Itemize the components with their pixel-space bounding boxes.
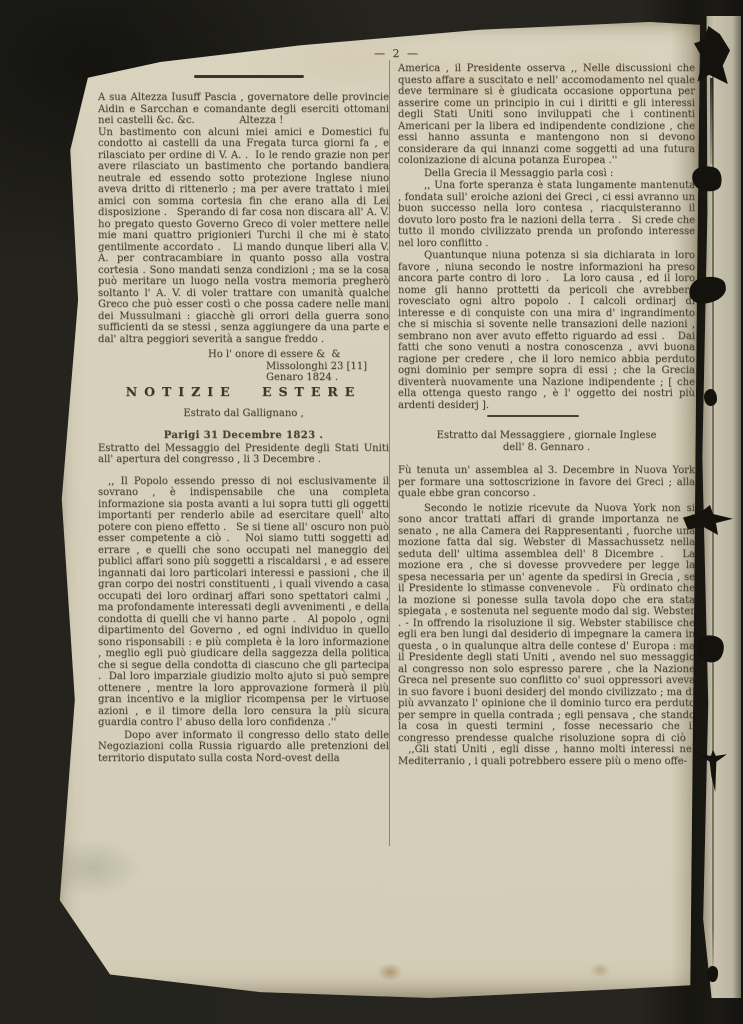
- greece-hope-paragraph: ,, Una forte speranza è stata lungamente…: [398, 180, 695, 249]
- newspaper-page: — 2 — A sua Altezza Iusuff Pascia , gove…: [52, 20, 704, 998]
- messaggiere-section-header: Estratto dal Messaggiere , giornale Ingl…: [398, 430, 695, 453]
- stitch-ink-mark: [704, 389, 717, 406]
- america-paragraph: America , il Presidente osserva ,, Nelle…: [398, 63, 695, 167]
- left-column: A sua Altezza Iusuff Pascia , governator…: [98, 92, 389, 764]
- message-subheading: Estratto del Messaggio del Presidente de…: [98, 443, 389, 466]
- greece-intro-line: Della Grecia il Messaggio parla così :: [398, 168, 695, 180]
- greece-power-paragraph: Quantunque niuna potenza si sia dichiara…: [398, 250, 695, 411]
- adjacent-page-edge: [699, 16, 741, 998]
- stitch-ink-mark: [707, 966, 718, 982]
- negotiations-paragraph: Dopo aver informato il congresso dello s…: [98, 730, 389, 765]
- right-column: America , il Presidente osserva ,, Nelle…: [398, 63, 695, 767]
- column-divider-rule: [389, 60, 390, 846]
- webster-paragraph: Secondo le notizie ricevute da Nuova Yor…: [398, 503, 695, 768]
- page-number: — 2 —: [352, 47, 442, 60]
- assembly-paragraph: Fù tenuta un' assemblea al 3. Decembre i…: [398, 465, 695, 500]
- section-divider-rule: [487, 415, 579, 417]
- source-line-gallignano: Estrato dal Gallignano ,: [98, 408, 389, 420]
- dateline-parigi: Parigi 31 Decembre 1823 .: [98, 430, 389, 442]
- section-header-notizie-estere: NOTIZIE ESTERE: [98, 384, 389, 399]
- letter-body-paragraph: Un bastimento con alcuni miei amici e Do…: [98, 127, 389, 346]
- message-body-paragraph: ,, Il Popolo essendo presso di noi esclu…: [98, 476, 389, 729]
- letter-opening-paragraph: A sua Altezza Iusuff Pascia , governator…: [98, 92, 389, 127]
- scanned-page-background: — 2 — A sua Altezza Iusuff Pascia , gove…: [0, 0, 743, 1024]
- letter-signoff: Ho l' onore di essere & &: [98, 349, 389, 361]
- letter-dateline: Missolonghi 23 [11] Genaro 1824 .: [98, 361, 389, 384]
- header-rule: [194, 75, 304, 78]
- ink-drip-mark: [710, 78, 713, 164]
